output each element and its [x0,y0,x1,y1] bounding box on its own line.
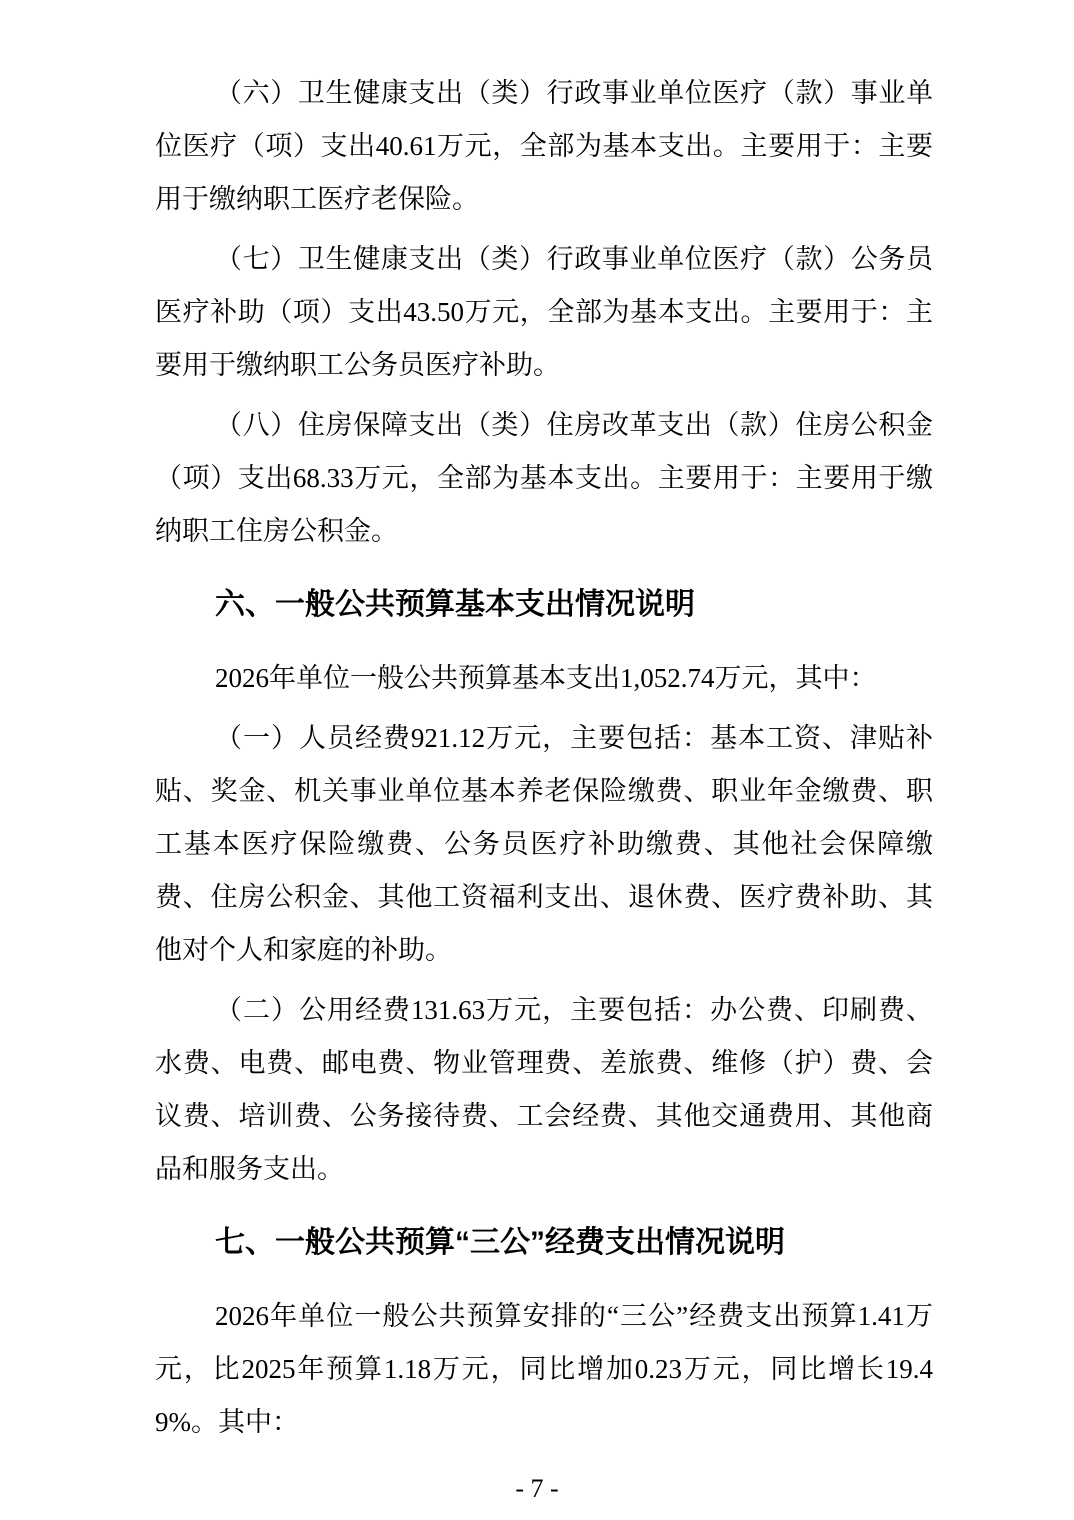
paragraph-personnel-funds: （一）人员经费921.12万元，主要包括：基本工资、津贴补贴、奖金、机关事业单位… [155,712,933,977]
document-page: （六）卫生健康支出（类）行政事业单位医疗（款）事业单位医疗（项）支出40.61万… [0,0,1074,1520]
document-content: （六）卫生健康支出（类）行政事业单位医疗（款）事业单位医疗（项）支出40.61万… [155,67,933,1456]
paragraph-basic-expenditure-total: 2026年单位一般公共预算基本支出1,052.74万元，其中： [155,652,933,705]
page-footer: - 7 - [0,1474,1074,1504]
paragraph-item-6-health-career-unit-medical: （六）卫生健康支出（类）行政事业单位医疗（款）事业单位医疗（项）支出40.61万… [155,67,933,226]
section-heading-6-basic-expenditure: 六、一般公共预算基本支出情况说明 [155,578,933,631]
paragraph-public-funds: （二）公用经费131.63万元，主要包括：办公费、印刷费、水费、电费、邮电费、物… [155,984,933,1196]
section-heading-7-three-public-expenses: 七、一般公共预算“三公”经费支出情况说明 [155,1216,933,1269]
paragraph-item-8-housing-fund: （八）住房保障支出（类）住房改革支出（款）住房公积金（项）支出68.33万元，全… [155,399,933,558]
page-number: - 7 - [515,1474,558,1503]
paragraph-three-public-budget: 2026年单位一般公共预算安排的“三公”经费支出预算1.41万元，比2025年预… [155,1290,933,1449]
paragraph-item-7-health-civil-servant-medical: （七）卫生健康支出（类）行政事业单位医疗（款）公务员医疗补助（项）支出43.50… [155,233,933,392]
